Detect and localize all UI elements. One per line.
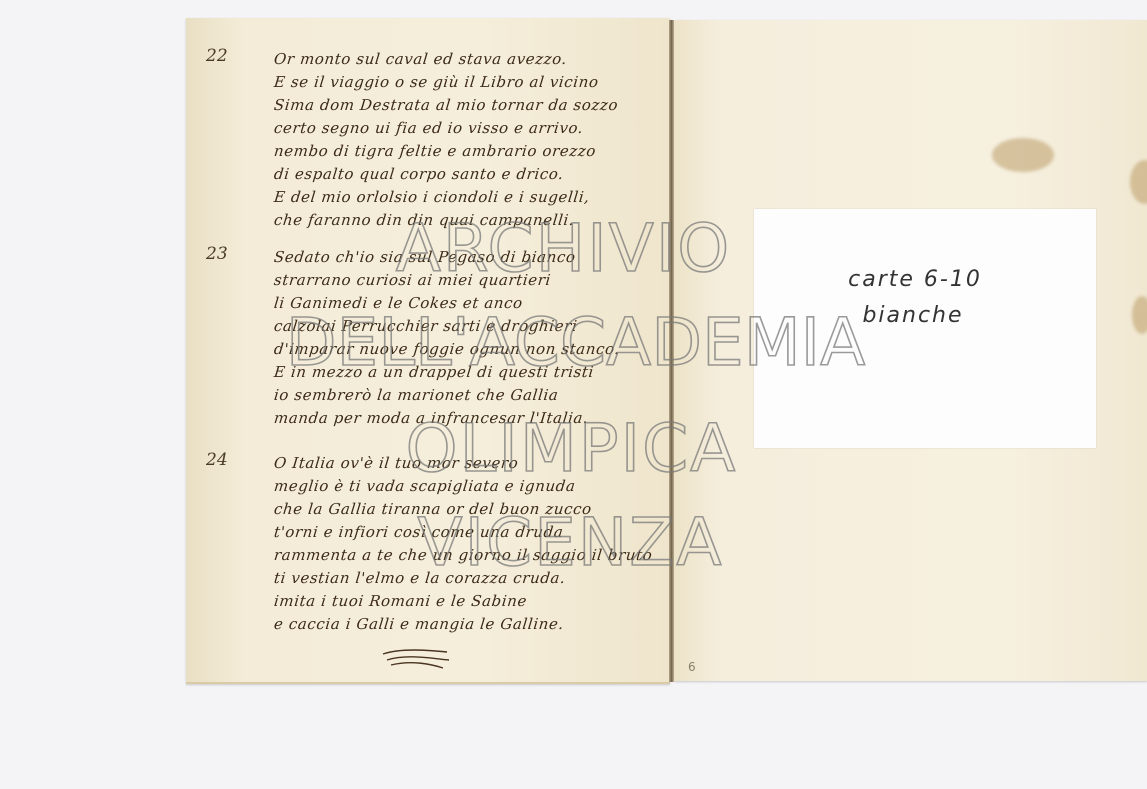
verse-line: O Italia ov'è il tuo mor severo [273, 452, 654, 475]
folio-number: 6 [688, 660, 696, 674]
verse-line: che faranno din din quai campanelli. [273, 209, 620, 232]
verse-line: rammenta a te che un giorno il saggio il… [273, 544, 654, 567]
verse-line: Sima dom Destrata al mio tornar da sozzo [273, 94, 620, 117]
water-stain [1130, 160, 1147, 204]
verse-line: di espalto qual corpo santo e drico. [273, 163, 620, 186]
verse-lines: Or monto sul caval ed stava avezzo. E se… [274, 48, 618, 232]
verse-line: t'orni e infiori così come una druda [273, 521, 654, 544]
verse-line: che la Gallia tiranna or del buon zucco [273, 498, 654, 521]
label-line-pages: carte 6-10 [744, 267, 1086, 292]
left-manuscript-page: 22 Or monto sul caval ed stava avezzo. E… [186, 18, 670, 684]
pen-flourish-icon [381, 646, 451, 670]
stanza-number: 24 [206, 450, 228, 470]
verse-line: d'imparar nuove foggie ognun non stanco. [273, 338, 621, 361]
archival-label-card: carte 6-10 bianche [754, 209, 1096, 448]
verse-line: E se il viaggio o se giù il Libro al vic… [273, 71, 620, 94]
verse-lines: Sedato ch'io sia sul Pegaso di bianco st… [274, 246, 620, 430]
verse-line: e caccia i Galli e mangia le Galline. [273, 613, 654, 636]
verse-line: manda per moda a infrancesar l'Italia. [273, 407, 621, 430]
verse-line: strarrano curiosi ai miei quartieri [273, 269, 621, 292]
verse-line: imita i tuoi Romani e le Sabine [273, 590, 654, 613]
verse-lines: O Italia ov'è il tuo mor severo meglio è… [274, 452, 652, 636]
verse-line: ti vestian l'elmo e la corazza cruda. [273, 567, 654, 590]
verse-line: E in mezzo a un drappel di questi tristi [273, 361, 621, 384]
verse-line: Or monto sul caval ed stava avezzo. [273, 48, 620, 71]
verse-line: certo segno ui fia ed io visso e arrivo. [273, 117, 620, 140]
verse-line: meglio è ti vada scapigliata e ignuda [273, 475, 654, 498]
water-stain [1132, 296, 1147, 334]
water-stain [992, 138, 1054, 172]
verse-line: li Ganimedi e le Cokes et anco [273, 292, 621, 315]
stanza-number: 23 [206, 244, 228, 264]
verse-line: nembo di tigra feltie e ambrario orezzo [273, 140, 620, 163]
verse-line: Sedato ch'io sia sul Pegaso di bianco [273, 246, 621, 269]
label-line-blank: bianche [742, 303, 1084, 328]
verse-line: io sembrerò la marionet che Gallia [273, 384, 621, 407]
verse-line: E del mio orlolsio i ciondoli e i sugell… [273, 186, 620, 209]
verse-line: calzolai Perrucchier sarti e droghieri [273, 315, 621, 338]
stanza-number: 22 [206, 46, 228, 66]
